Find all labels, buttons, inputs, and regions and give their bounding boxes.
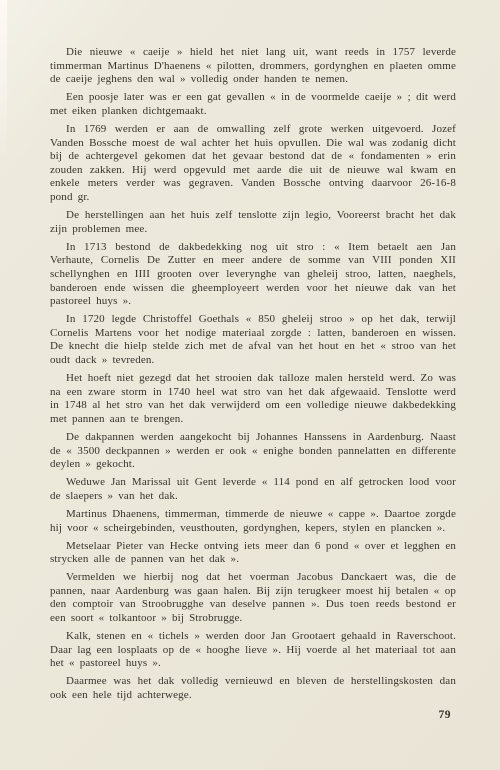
text-column: Die nieuwe « caeije » hield het niet lan… [50,46,456,707]
book-page: Die nieuwe « caeije » hield het niet lan… [0,0,500,770]
paragraph: Die nieuwe « caeije » hield het niet lan… [50,46,456,87]
paragraph: De dakpannen werden aangekocht bij Johan… [50,431,456,472]
paragraph: Weduwe Jan Marissal uit Gent leverde « 1… [50,476,456,503]
paragraph: Daarmee was het dak volledig vernieuwd e… [50,675,456,702]
paragraph: In 1769 werden er aan de omwalling zelf … [50,123,456,205]
paragraph: Kalk, stenen en « tichels » werden door … [50,630,456,671]
paragraph: Vermelden we hierbij nog dat het voerman… [50,571,456,625]
paragraph: Martinus Dhaenens, timmerman, timmerde d… [50,508,456,535]
paragraph: Een poosje later was er een gat gevallen… [50,91,456,118]
paragraph: In 1720 legde Christoffel Goethals « 850… [50,313,456,367]
paragraph: De herstellingen aan het huis zelf tensl… [50,209,456,236]
paragraph: Het hoeft niet gezegd dat het strooien d… [50,372,456,426]
page-number: 79 [439,709,452,721]
paragraph: Metselaar Pieter van Hecke ontving iets … [50,540,456,567]
paragraph: In 1713 bestond de dakbedekking nog uit … [50,241,456,309]
